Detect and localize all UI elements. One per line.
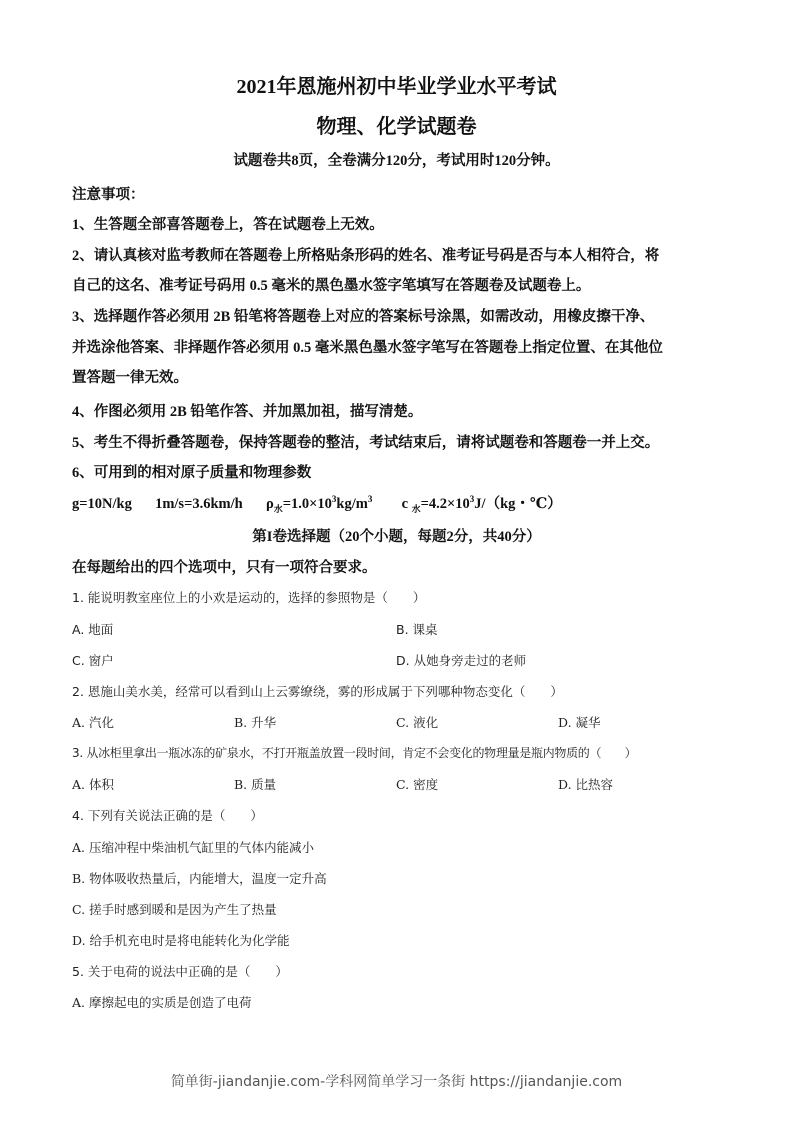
question-1-option-a: A. 地面 (72, 620, 113, 638)
question-3-option-b: B. 质量 (234, 775, 276, 793)
exam-info: 试题卷共8页，全卷满分120分，考试用时120分钟。 (0, 149, 793, 170)
note-item-2: 2、请认真核对监考教师在答题卷上所格贴条形码的姓名、准考证号码是否与本人相符合，… (72, 244, 659, 265)
question-3-option-d: D. 比热容 (558, 775, 613, 793)
note-item-6: 6、可用到的相对原子质量和物理参数 (72, 461, 311, 482)
note-item-1: 1、生答题全部喜答题卷上，答在试题卷上无效。 (72, 213, 384, 234)
question-2-option-c: C. 液化 (396, 713, 438, 731)
question-4-option-b: B. 物体吸收热量后，内能增大，温度一定升高 (72, 869, 327, 887)
param-speed: 1m/s=3.6km/h (155, 496, 243, 512)
question-1-option-d: D. 从她身旁走过的老师 (396, 651, 526, 669)
param-g: g=10N/kg (72, 496, 132, 512)
question-3-option-c: C. 密度 (396, 775, 438, 793)
note-item-3-cont: 并选涂他答案、非择题作答必须用 0.5 毫米黑色墨水签字笔写在答题卷上指定位置、… (72, 336, 663, 357)
question-5-stem: 5. 关于电荷的说法中正确的是（ ） (72, 962, 288, 980)
question-5-option-a: A. 摩擦起电的实质是创造了电荷 (72, 993, 251, 1011)
notes-heading: 注意事项： (72, 183, 145, 204)
section-instruction: 在每题给出的四个选项中，只有一项符合要求。 (72, 556, 377, 577)
question-4-stem: 4. 下列有关说法正确的是（ ） (72, 806, 263, 824)
section-heading: 第I卷选择题（20个小题，每题2分，共40分） (0, 525, 793, 546)
question-1-stem: 1. 能说明教室座位上的小欢是运动的，选择的参照物是（ ） (72, 588, 425, 606)
watermark-footer: 简单街-jiandanjie.com-学科网简单学习一条街 https://ji… (0, 1071, 793, 1091)
question-2-option-a: A. 汽化 (72, 713, 114, 731)
question-1-option-c: C. 窗户 (72, 651, 114, 669)
question-2-option-b: B. 升华 (234, 713, 276, 731)
param-c: c 水=4.2×103J/（kg・℃） (402, 496, 562, 512)
note-item-5: 5、考生不得折叠答题卷，保持答题卷的整洁，考试结束后，请将试题卷和答题卷一并上交… (72, 431, 659, 452)
exam-subject-title: 物理、化学试题卷 (0, 110, 793, 139)
question-4-option-c: C. 搓手时感到暖和是因为产生了热量 (72, 900, 277, 918)
note-item-3: 3、选择题作答必须用 2B 铅笔将答题卷上对应的答案标号涂黑，如需改动，用橡皮擦… (72, 305, 654, 326)
param-rho: ρ水=1.0×103kg/m3 (266, 496, 372, 512)
question-1-option-b: B. 课桌 (396, 620, 438, 638)
exam-title: 2021年恩施州初中毕业学业水平考试 (0, 70, 793, 99)
question-3-option-a: A. 体积 (72, 775, 114, 793)
question-4-option-d: D. 给手机充电时是将电能转化为化学能 (72, 931, 290, 949)
question-3-stem: 3. 从冰柜里拿出一瓶冰冻的矿泉水，不打开瓶盖放置一段时间，肯定不会变化的物理量… (72, 744, 636, 761)
note-item-3-cont2: 置答题一律无效。 (72, 366, 188, 387)
exam-page: 2021年恩施州初中毕业学业水平考试 物理、化学试题卷 试题卷共8页，全卷满分1… (0, 0, 793, 1122)
note-item-2-cont: 自己的这名、准考证号码用 0.5 毫米的黑色墨水签字笔填写在答题卷及试题卷上。 (72, 274, 590, 295)
question-2-option-d: D. 凝华 (558, 713, 601, 731)
note-item-4: 4、作图必须用 2B 铅笔作答、并加黑加祖，描写清楚。 (72, 400, 422, 421)
physics-params: g=10N/kg 1m/s=3.6km/h ρ水=1.0×103kg/m3 c … (72, 492, 562, 513)
question-2-stem: 2. 恩施山美水美，经常可以看到山上云雾缭绕，雾的形成属于下列哪种物态变化（ ） (72, 682, 563, 700)
question-4-option-a: A. 压缩冲程中柴油机气缸里的气体内能减小 (72, 838, 314, 856)
